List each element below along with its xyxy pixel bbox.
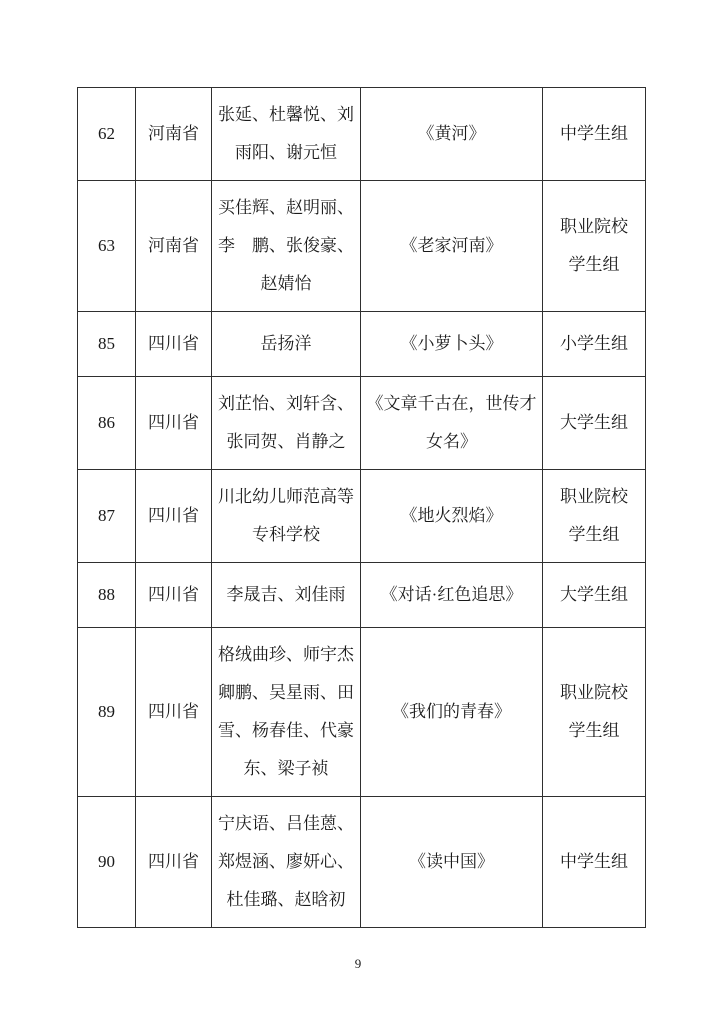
table-row: 87 四川省 川北幼儿师范高等 专科学校 《地火烈焰》 职业院校 学生组 [78, 470, 646, 563]
cell-province: 四川省 [136, 312, 212, 377]
cell-authors: 格绒曲珍、师宇杰 卿鹏、吴星雨、田 雪、杨春佳、代豪 东、梁子祯 [212, 628, 361, 797]
cell-group: 中学生组 [543, 797, 646, 928]
table-row: 86 四川省 刘芷怡、刘轩含、 张同贺、肖静之 《文章千古在，世传才 女名》 大… [78, 377, 646, 470]
cell-province: 四川省 [136, 377, 212, 470]
table-row: 63 河南省 买佳辉、赵明丽、 李 鹏、张俊豪、 赵婧怡 《老家河南》 职业院校… [78, 181, 646, 312]
cell-province: 河南省 [136, 88, 212, 181]
cell-authors: 宁庆语、吕佳蒽、 郑煜涵、廖妍心、 杜佳璐、赵晗初 [212, 797, 361, 928]
awards-table-body: 62 河南省 张延、杜馨悦、刘 雨阳、谢元恒 《黄河》 中学生组 63 河南省 … [78, 88, 646, 928]
cell-work-title: 《黄河》 [361, 88, 543, 181]
cell-authors: 川北幼儿师范高等 专科学校 [212, 470, 361, 563]
cell-authors: 刘芷怡、刘轩含、 张同贺、肖静之 [212, 377, 361, 470]
table-row: 88 四川省 李晟吉、刘佳雨 《对话·红色追思》 大学生组 [78, 563, 646, 628]
table-row: 62 河南省 张延、杜馨悦、刘 雨阳、谢元恒 《黄河》 中学生组 [78, 88, 646, 181]
table-row: 90 四川省 宁庆语、吕佳蒽、 郑煜涵、廖妍心、 杜佳璐、赵晗初 《读中国》 中… [78, 797, 646, 928]
cell-authors: 岳扬洋 [212, 312, 361, 377]
cell-group: 职业院校 学生组 [543, 628, 646, 797]
cell-group: 大学生组 [543, 377, 646, 470]
cell-entry-number: 88 [78, 563, 136, 628]
cell-entry-number: 85 [78, 312, 136, 377]
cell-work-title: 《我们的青春》 [361, 628, 543, 797]
cell-work-title: 《小萝卜头》 [361, 312, 543, 377]
cell-entry-number: 63 [78, 181, 136, 312]
cell-authors: 张延、杜馨悦、刘 雨阳、谢元恒 [212, 88, 361, 181]
cell-group: 大学生组 [543, 563, 646, 628]
cell-entry-number: 62 [78, 88, 136, 181]
table-row: 85 四川省 岳扬洋 《小萝卜头》 小学生组 [78, 312, 646, 377]
cell-group: 职业院校 学生组 [543, 181, 646, 312]
cell-work-title: 《文章千古在，世传才 女名》 [361, 377, 543, 470]
cell-province: 四川省 [136, 628, 212, 797]
cell-work-title: 《对话·红色追思》 [361, 563, 543, 628]
cell-authors: 买佳辉、赵明丽、 李 鹏、张俊豪、 赵婧怡 [212, 181, 361, 312]
cell-group: 中学生组 [543, 88, 646, 181]
cell-province: 河南省 [136, 181, 212, 312]
cell-authors: 李晟吉、刘佳雨 [212, 563, 361, 628]
cell-entry-number: 86 [78, 377, 136, 470]
cell-province: 四川省 [136, 470, 212, 563]
cell-group: 职业院校 学生组 [543, 470, 646, 563]
cell-work-title: 《读中国》 [361, 797, 543, 928]
cell-entry-number: 90 [78, 797, 136, 928]
awards-table: 62 河南省 张延、杜馨悦、刘 雨阳、谢元恒 《黄河》 中学生组 63 河南省 … [77, 87, 646, 928]
table-row: 89 四川省 格绒曲珍、师宇杰 卿鹏、吴星雨、田 雪、杨春佳、代豪 东、梁子祯 … [78, 628, 646, 797]
cell-entry-number: 89 [78, 628, 136, 797]
cell-province: 四川省 [136, 563, 212, 628]
cell-work-title: 《地火烈焰》 [361, 470, 543, 563]
cell-work-title: 《老家河南》 [361, 181, 543, 312]
cell-entry-number: 87 [78, 470, 136, 563]
cell-group: 小学生组 [543, 312, 646, 377]
cell-province: 四川省 [136, 797, 212, 928]
page-number: 9 [0, 956, 716, 972]
document-page: 62 河南省 张延、杜馨悦、刘 雨阳、谢元恒 《黄河》 中学生组 63 河南省 … [0, 0, 720, 1018]
